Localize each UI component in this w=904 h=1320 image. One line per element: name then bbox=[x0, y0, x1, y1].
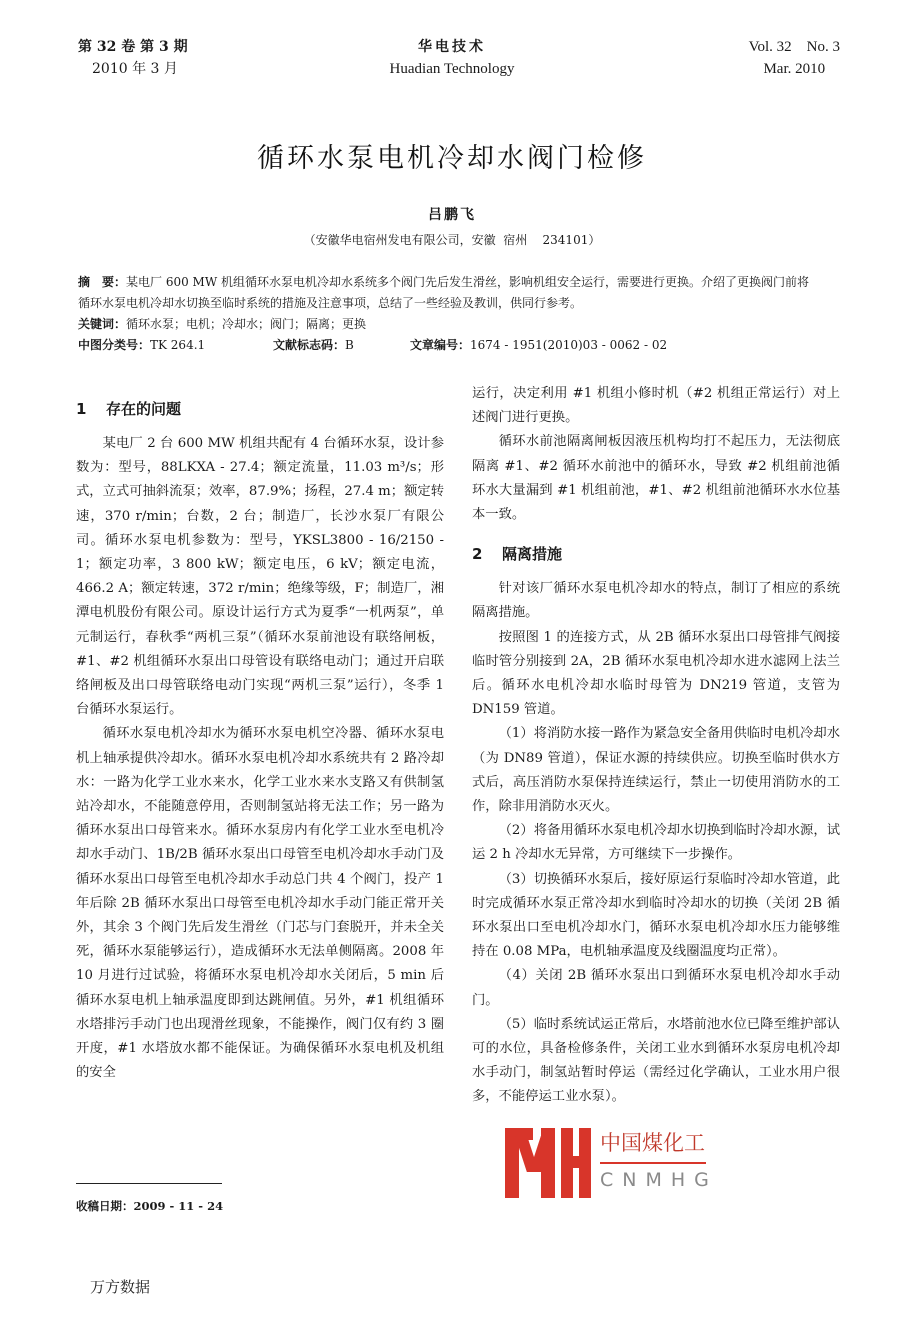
watermark-logo: 中国煤化工 CNMHG bbox=[505, 1128, 720, 1198]
keywords: 关键词：循环水泵；电机；冷却水；阀门；隔离；更换 bbox=[78, 314, 818, 335]
paragraph: （5）临时系统试运正常后，水塔前池水位已降至维护部认可的水位，具备检修条件，关闭… bbox=[472, 1013, 840, 1110]
doc-code-value: B bbox=[345, 335, 354, 356]
paragraph: （4）关闭 2B 循环水泵出口到循环水泵电机冷却水手动门。 bbox=[472, 964, 840, 1012]
paragraph: （3）切换循环水泵后，接好原运行泵临时冷却水管道，此时完成循环水泵正常冷却水到临… bbox=[472, 868, 840, 965]
paragraph: 循环水泵电机冷却水为循环水泵电机空冷器、循环水泵电机上轴承提供冷却水。循环水泵电… bbox=[76, 722, 444, 1085]
source-mark: 万方数据 bbox=[90, 1276, 150, 1297]
abstract-text: 某电厂 600 MW 机组循环水泵电机冷却水系统多个阀门先后发生滑丝，影响机组安… bbox=[78, 275, 809, 310]
paragraph: 循环水前池隔离闸板因液压机构均打不起压力，无法彻底隔离 #1、#2 循环水前池中… bbox=[472, 430, 840, 527]
clc-label: 中图分类号： bbox=[78, 335, 150, 356]
author-affiliation: （安徽华电宿州发电有限公司，安徽 宿州 234101） bbox=[0, 231, 904, 248]
footnote-divider bbox=[76, 1183, 222, 1184]
paragraph: （1）将消防水接一路作为紧急安全备用供临时电机冷却水（为 DN89 管道），保证… bbox=[472, 722, 840, 819]
article-no-value: 1674 - 1951(2010)03 - 0062 - 02 bbox=[470, 335, 667, 356]
section-2-heading: 2隔离措施 bbox=[472, 541, 840, 567]
section-number: 1 bbox=[76, 396, 106, 422]
section-number: 2 bbox=[472, 541, 502, 567]
classification-row: 中图分类号：TK 264.1文献标志码：B文章编号：1674 - 1951(20… bbox=[78, 335, 818, 356]
paragraph: 针对该厂循环水泵电机冷却水的特点，制订了相应的系统隔离措施。 bbox=[472, 577, 840, 625]
paragraph: （2）将备用循环水泵电机冷却水切换到临时冷却水源，试运 2 h 冷却水无异常，方… bbox=[472, 819, 840, 867]
left-column: 1存在的问题 某电厂 2 台 600 MW 机组共配有 4 台循环水泵，设计参数… bbox=[76, 396, 444, 1085]
keywords-text: 循环水泵；电机；冷却水；阀门；隔离；更换 bbox=[126, 317, 366, 331]
clc-value: TK 264.1 bbox=[150, 335, 205, 356]
mh-logo-icon bbox=[505, 1128, 591, 1198]
section-title: 存在的问题 bbox=[106, 400, 181, 418]
paragraph: 某电厂 2 台 600 MW 机组共配有 4 台循环水泵，设计参数为：型号，88… bbox=[76, 432, 444, 722]
volume-issue-en: Vol. 32 No. 3 bbox=[749, 36, 840, 58]
received-label: 收稿日期： bbox=[76, 1199, 134, 1213]
paragraph: 运行，决定利用 #1 机组小修时机（#2 机组正常运行）对上述阀门进行更换。 bbox=[472, 382, 840, 430]
author-name: 吕鹏飞 bbox=[0, 204, 904, 224]
watermark-en-text: CNMHG bbox=[600, 1166, 718, 1194]
doc-code-label: 文献标志码： bbox=[273, 335, 345, 356]
article-title: 循环水泵电机冷却水阀门检修 bbox=[0, 136, 904, 175]
date-en: Mar. 2010 bbox=[749, 58, 840, 80]
article-no-label: 文章编号： bbox=[410, 335, 470, 356]
section-1-heading: 1存在的问题 bbox=[76, 396, 444, 422]
watermark-cn-text: 中国煤化工 bbox=[600, 1128, 707, 1158]
received-value: 2009 - 11 - 24 bbox=[134, 1199, 224, 1213]
section-title: 隔离措施 bbox=[502, 545, 562, 563]
watermark-divider bbox=[600, 1162, 706, 1164]
running-header-right: Vol. 32 No. 3 Mar. 2010 bbox=[749, 36, 840, 80]
abstract-block: 摘 要：某电厂 600 MW 机组循环水泵电机冷却水系统多个阀门先后发生滑丝，影… bbox=[78, 272, 818, 356]
paragraph: 按照图 1 的连接方式，从 2B 循环水泵出口母管排气阀接临时管分别接到 2A，… bbox=[472, 626, 840, 723]
abstract: 摘 要：某电厂 600 MW 机组循环水泵电机冷却水系统多个阀门先后发生滑丝，影… bbox=[78, 272, 818, 314]
keywords-label: 关键词： bbox=[78, 317, 126, 331]
abstract-label: 摘 要： bbox=[78, 275, 126, 289]
received-date: 收稿日期：2009 - 11 - 24 bbox=[76, 1198, 223, 1214]
right-column: 运行，决定利用 #1 机组小修时机（#2 机组正常运行）对上述阀门进行更换。 循… bbox=[472, 382, 840, 1110]
